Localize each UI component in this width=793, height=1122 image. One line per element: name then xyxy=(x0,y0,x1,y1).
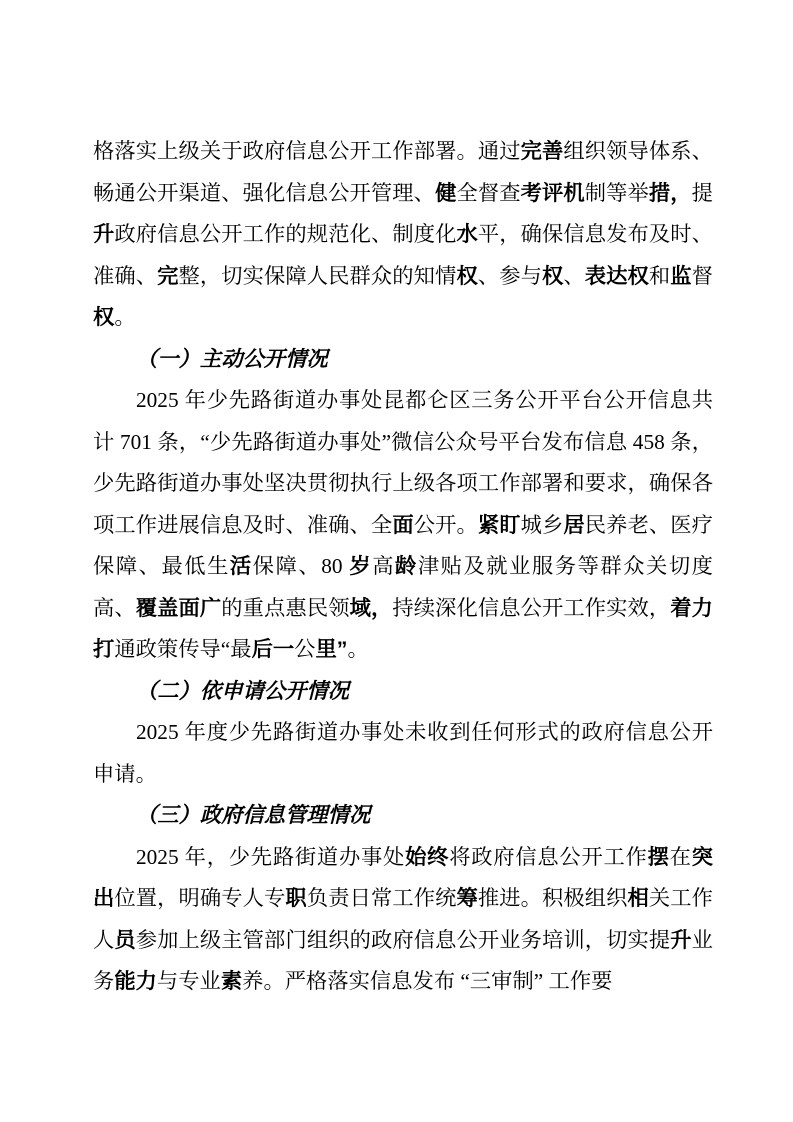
text-run-emphasis: 权 xyxy=(542,264,563,288)
text-run: 将政府信息公开工作 xyxy=(449,845,647,869)
heading-text: （二）依申请公开情况 xyxy=(136,679,349,703)
text-run-emphasis: 筹 xyxy=(456,886,477,910)
heading-text: （一）主动公开情况 xyxy=(136,347,328,371)
text-run-emphasis: 完善 xyxy=(521,139,564,163)
text-run: 、 xyxy=(563,264,584,288)
text-run-emphasis: 面 xyxy=(392,513,413,537)
text-run-emphasis: 后一 xyxy=(252,637,295,661)
text-run-emphasis: 考评机 xyxy=(521,181,585,205)
text-run-emphasis: 完 xyxy=(157,264,178,288)
text-run: 公 xyxy=(294,637,315,661)
text-run: 参加上级主管部门组织的政府信息公开业务培训，切实提 xyxy=(136,928,671,952)
text-run: 保障、80 xyxy=(253,554,350,578)
text-run-emphasis: 水 xyxy=(456,222,477,246)
text-run: 提 xyxy=(692,181,713,205)
text-run-emphasis: 权 xyxy=(93,305,114,329)
text-run-emphasis: 活 xyxy=(230,554,253,578)
text-run: 城乡 xyxy=(521,513,564,537)
text-run: 2025 年，少先路街道办事处 xyxy=(136,845,405,869)
text-run: 持续深化信息公开工作实效， xyxy=(392,596,670,620)
para-on-request: 2025 年度少先路街道办事处未收到任何形式的政府信息公开申请。 xyxy=(93,712,713,795)
text-run: 政府信息公开工作的规范化、制度化 xyxy=(114,222,456,246)
para-active-disclosure: 2025 年少先路街道办事处昆都仑区三务公开平台公开信息共计 701 条，“少先… xyxy=(93,380,713,671)
text-run: 和 xyxy=(649,264,670,288)
text-run: 制等举 xyxy=(585,181,649,205)
text-run: 养。严格落实信息发布 “三审制” 工作要 xyxy=(242,969,612,993)
heading-info-management: （三）政府信息管理情况 xyxy=(93,795,713,837)
text-run-emphasis: 监 xyxy=(670,264,691,288)
text-run-emphasis: 素 xyxy=(221,969,242,993)
text-run-emphasis: 职 xyxy=(285,886,306,910)
text-run-emphasis: 权 xyxy=(456,264,477,288)
text-run-emphasis: 始终 xyxy=(405,845,449,869)
text-run-emphasis: 岁 xyxy=(349,554,372,578)
text-run: 督 xyxy=(692,264,713,288)
text-run: 公开。 xyxy=(414,513,478,537)
text-run-emphasis: 健 xyxy=(435,181,456,205)
text-run: 的重点惠民领 xyxy=(221,596,349,620)
text-run-emphasis: 能力 xyxy=(114,969,157,993)
document-page: 格落实上级关于政府信息公开工作部署。通过完善组织领导体系、畅通公开渠道、强化信息… xyxy=(0,0,793,1122)
text-run: 2025 年度少先路街道办事处未收到任何形式的政府信息公开申请。 xyxy=(93,720,713,786)
text-run-emphasis: 摆 xyxy=(648,845,670,869)
text-run: 通政策传导“最 xyxy=(114,637,251,661)
text-run: 格落实上级关于政府信息公开工作部署。通过 xyxy=(93,139,521,163)
text-run: 推进。积极组织 xyxy=(478,886,628,910)
text-run: 。 xyxy=(114,305,135,329)
text-run-emphasis: 员 xyxy=(114,928,135,952)
para-info-management: 2025 年，少先路街道办事处始终将政府信息公开工作摆在突出位置，明确专人专职负… xyxy=(93,837,713,1003)
text-run-emphasis: 升 xyxy=(670,928,691,952)
text-run-emphasis: 紧盯 xyxy=(478,513,521,537)
heading-active-disclosure: （一）主动公开情况 xyxy=(93,339,713,381)
text-run: 。 xyxy=(347,637,368,661)
text-run: 负责日常工作统 xyxy=(307,886,457,910)
text-run: 整，切实保障人民群众的知情 xyxy=(179,264,457,288)
intro-continuation-paragraph: 格落实上级关于政府信息公开工作部署。通过完善组织领导体系、畅通公开渠道、强化信息… xyxy=(93,131,713,339)
text-run-emphasis: 里” xyxy=(315,637,347,661)
text-run: 、参与 xyxy=(478,264,542,288)
text-run-emphasis: 相 xyxy=(628,886,649,910)
text-run-emphasis: 表达权 xyxy=(585,264,649,288)
text-run: 与专业 xyxy=(157,969,221,993)
text-run: 位置，明确专人专 xyxy=(114,886,285,910)
text-run: 高 xyxy=(372,554,395,578)
text-run-emphasis: 升 xyxy=(93,222,114,246)
text-run-emphasis: 措， xyxy=(649,181,692,205)
heading-text: （三）政府信息管理情况 xyxy=(136,803,370,827)
text-run-emphasis: 域， xyxy=(350,596,393,620)
text-run-emphasis: 龄 xyxy=(395,554,418,578)
text-run-emphasis: 覆盖面广 xyxy=(136,596,222,620)
document-body: 格落实上级关于政府信息公开工作部署。通过完善组织领导体系、畅通公开渠道、强化信息… xyxy=(93,131,713,1003)
text-run: 在 xyxy=(670,845,692,869)
text-run: 全督查 xyxy=(456,181,520,205)
heading-on-request: （二）依申请公开情况 xyxy=(93,671,713,713)
text-run-emphasis: 居 xyxy=(563,513,584,537)
